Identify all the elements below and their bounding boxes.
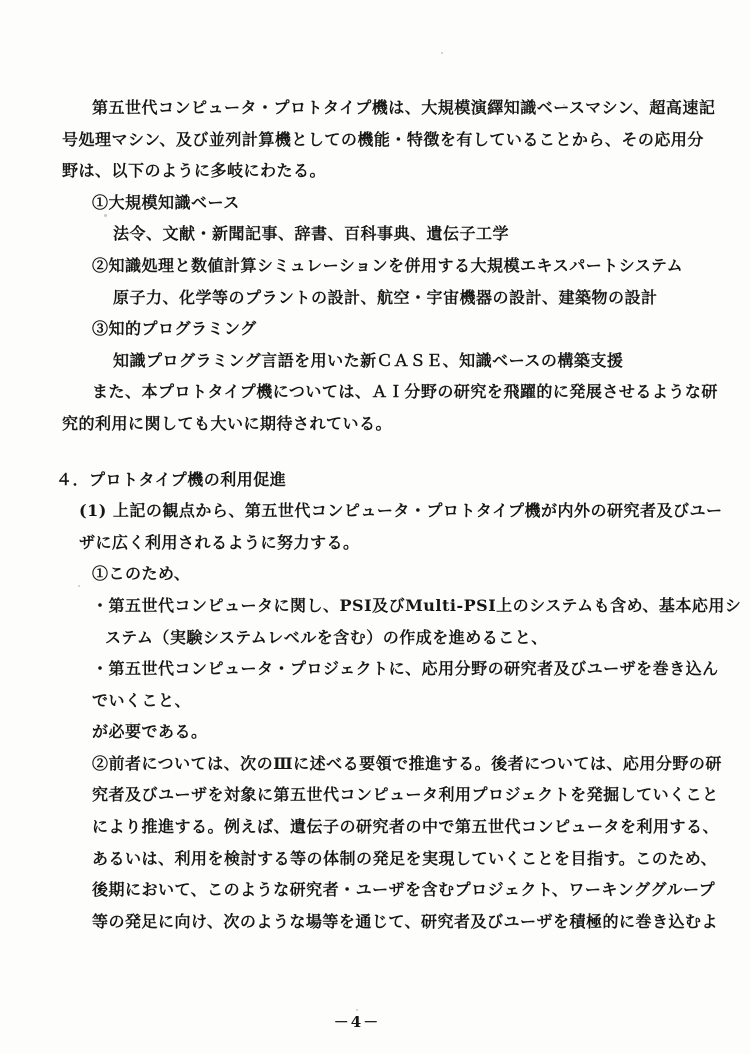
- scan-speckle: [356, 1009, 358, 1011]
- text-line: 法令、文献・新聞記事、辞書、百科事典、遺伝子工学: [0, 218, 750, 250]
- text-line: 知識プログラミング言語を用いた新ＣＡＳＥ、知識ベースの構築支援: [0, 345, 750, 377]
- text-line: 後期において、このような研究者・ユーザを含むプロジェクト、ワーキンググループ: [0, 874, 750, 906]
- list-item-2: ②知識処理と数値計算シミュレーションを併用する大規模エキスパートシステム: [0, 250, 750, 282]
- text-line: 等の発足に向け、次のような場等を通じて、研究者及びユーザを積極的に巻き込むよ: [0, 906, 750, 938]
- text-line: が必要である。: [0, 716, 750, 748]
- text-line: 究的利用に関しても大いに期待されている。: [0, 408, 750, 440]
- scan-speckle: [130, 722, 132, 724]
- list-item-3: ③知的プログラミング: [0, 313, 750, 345]
- scan-speckle: [441, 52, 443, 54]
- list-item-1: ①大規模知識ベース: [0, 187, 750, 219]
- document-body: 第五世代コンピュータ・プロトタイプ機は、大規模演繹知識ベースマシン、超高速記 号…: [0, 92, 750, 937]
- text-line: でいくこと、: [0, 685, 750, 717]
- bullet-line: ・第五世代コンピュータに関し、PSI及びMulti-PSI上のシステムも含め、基…: [0, 590, 750, 622]
- text-line: により推進する。例えば、遺伝子の研究者の中で第五世代コンピュータを利用する、: [0, 811, 750, 843]
- text-line: 原子力、化学等のプラントの設計、航空・宇宙機器の設計、建築物の設計: [0, 282, 750, 314]
- text-line: ザに広く利用されるように努力する。: [0, 527, 750, 559]
- scan-speckle: [78, 585, 80, 587]
- list-item-2: ②前者については、次のⅢに述べる要領で推進する。後者については、応用分野の研: [0, 748, 750, 780]
- text-line: 第五世代コンピュータ・プロトタイプ機は、大規模演繹知識ベースマシン、超高速記: [0, 92, 750, 124]
- page-number: －4－: [0, 1011, 732, 1032]
- scan-speckle: [563, 104, 565, 106]
- bullet-line: ・第五世代コンピュータ・プロジェクトに、応用分野の研究者及びユーザを巻き込ん: [0, 653, 750, 685]
- text-line: 野は、以下のように多岐にわたる。: [0, 155, 750, 187]
- section-heading: ４．プロトタイプ機の利用促進: [0, 464, 750, 496]
- text-line: 究者及びユーザを対象に第五世代コンピュータ利用プロジェクトを発掘していくこと: [0, 779, 750, 811]
- text-line: (1) 上記の観点から、第五世代コンピュータ・プロトタイプ機が内外の研究者及びユ…: [0, 495, 750, 527]
- scan-speckle: [104, 214, 107, 217]
- text-line: 号処理マシン、及び並列計算機としての機能・特徴を有していることから、その応用分: [0, 124, 750, 156]
- list-item-1: ①このため、: [0, 558, 750, 590]
- text-line: あるいは、利用を検討する等の体制の発足を実現していくことを目指す。このため、: [0, 843, 750, 875]
- text-line: また、本プロトタイプ機については、ＡＩ分野の研究を飛躍的に発展させるような研: [0, 376, 750, 408]
- scanned-document-page: 第五世代コンピュータ・プロトタイプ機は、大規模演繹知識ベースマシン、超高速記 号…: [0, 0, 750, 1054]
- text-line: ステム（実験システムレベルを含む）の作成を進めること、: [0, 622, 750, 654]
